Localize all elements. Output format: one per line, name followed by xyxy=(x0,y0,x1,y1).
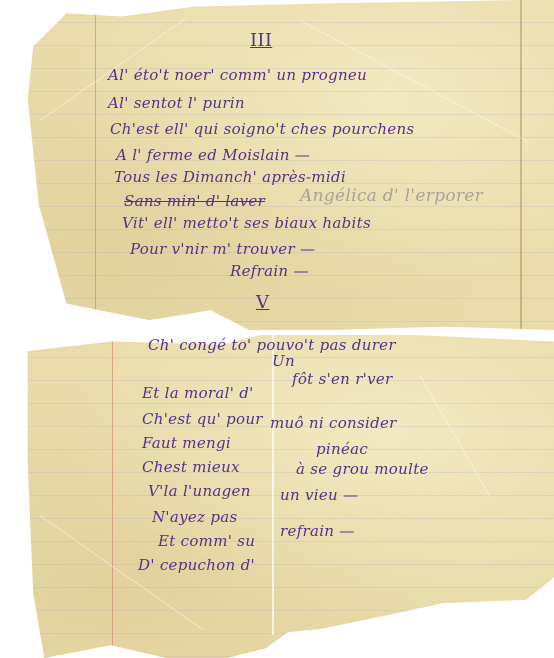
verse-fragment: Un xyxy=(272,352,295,370)
verse-line: Pour v'nir m' trouver — xyxy=(130,240,315,258)
verse-line: Al' éto't noer' comm' un progneu xyxy=(108,66,367,84)
verse-fragment: refrain — xyxy=(280,522,355,540)
refrain-marker: Refrain — xyxy=(230,262,309,280)
manuscript-bottom-sheet xyxy=(0,335,554,658)
verse-line: Al' sentot l' purin xyxy=(108,94,245,112)
verse-fragment: fôt s'en r'ver xyxy=(292,370,393,388)
section-heading: III xyxy=(250,30,272,51)
margin-line xyxy=(95,0,96,330)
verse-line: D' cepuchon d' xyxy=(138,556,255,574)
verse-line: Chest mieux xyxy=(142,458,240,476)
verse-line: Tous les Dimanch' après-midi xyxy=(114,168,346,186)
verse-fragment: un vieu — xyxy=(280,486,358,504)
manuscript-top-sheet xyxy=(0,0,554,330)
margin-line xyxy=(112,335,113,658)
verse-line: A l' ferme ed Moislain — xyxy=(116,146,310,164)
tear-line xyxy=(272,335,274,635)
verse-fragment: muô ni consider xyxy=(270,414,397,432)
verse-line: Et comm' su xyxy=(158,532,255,550)
verse-line: Faut mengi xyxy=(142,434,231,452)
verse-line: N'ayez pas xyxy=(152,508,237,526)
crease xyxy=(420,375,491,497)
verse-line: V'la l'unagen xyxy=(148,482,251,500)
verse-line: Ch'est ell' qui soigno't ches pourchens xyxy=(110,120,414,138)
pencil-note: Angélica d' l'erporer xyxy=(300,186,483,206)
verse-line-struck: Sans min' d' laver xyxy=(124,192,265,210)
verse-line: Vit' ell' metto't ses biaux habits xyxy=(122,214,371,232)
verse-line: Ch'est qu' pour xyxy=(142,410,263,428)
section-heading: V xyxy=(256,292,269,313)
verse-fragment: pinéac xyxy=(316,440,368,458)
verse-fragment: à se grou moulte xyxy=(296,460,429,478)
verse-line: Et la moral' d' xyxy=(142,384,254,402)
fold-line xyxy=(520,0,522,330)
